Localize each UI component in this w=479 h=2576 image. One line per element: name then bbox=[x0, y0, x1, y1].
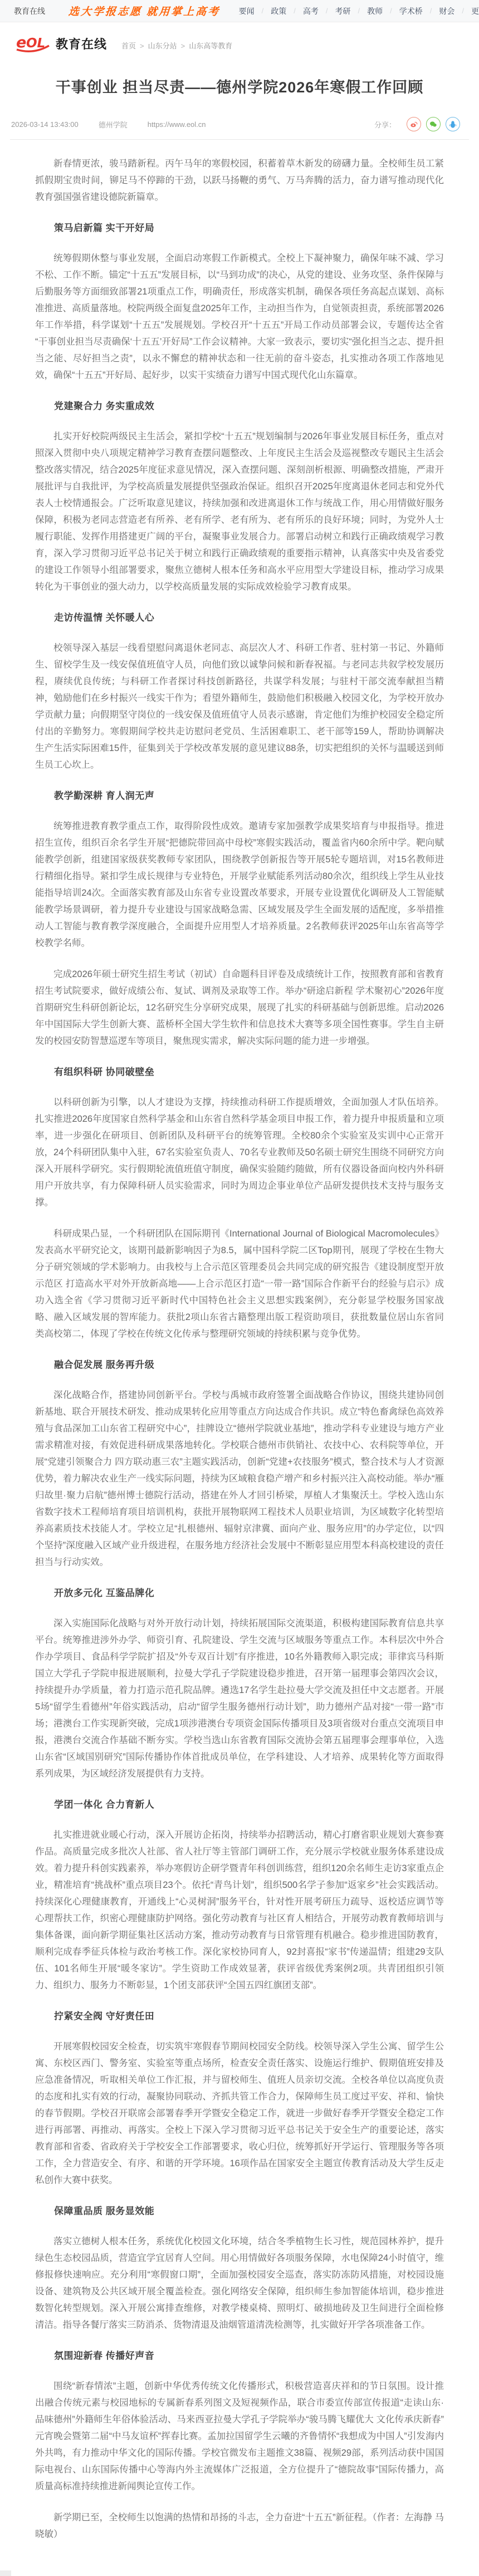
paragraph: 以科研创新为引擎，以人才建设为支撑，持续推动科研工作提质增效，全面加强人才队伍培… bbox=[35, 1094, 444, 1211]
section-heading: 学团一体化 合力育新人 bbox=[35, 1797, 444, 1813]
svg-text:e: e bbox=[16, 34, 26, 51]
paragraph: 扎实推进就业暖心行动，深入开展访企拓岗，持续举办招聘活动，精心打磨省职业规划大赛… bbox=[35, 1827, 444, 1994]
paragraph: 扎实开好校院两级民主生活会，紧扣学校“十五五”规划编制与2026年事业发展目标任… bbox=[35, 428, 444, 595]
topnav: 要闻/政策/高考/考研/教师/学术桥/财会/更多 bbox=[238, 6, 479, 17]
paragraph: 新春情更浓，骏马踏新程。丙午马年的寒假校园，积蓄着草木新发的磅礴力量。全校师生员… bbox=[35, 155, 444, 205]
article: 干事创业 担当尽责——德州学院2026年寒假工作回顾 2026-03-14 13… bbox=[0, 77, 479, 2576]
breadcrumb-item-1[interactable]: 首页 bbox=[121, 42, 136, 50]
section-heading: 拧紧安全阀 守好责任田 bbox=[35, 2008, 444, 2025]
section-heading: 策马启新篇 实干开好局 bbox=[35, 220, 444, 237]
paragraph: 校领导深入基层一线看望慰问离退休老同志、高层次人才、科研工作者、驻村第一书记、外… bbox=[35, 640, 444, 773]
nav-separator: / bbox=[430, 7, 432, 15]
paragraph: 围绕“新春情浓”主题，创新中华优秀传统文化传播形式，积极营造喜庆祥和的节日氛围。… bbox=[35, 2378, 444, 2495]
nav-separator: / bbox=[358, 7, 360, 15]
wechat-share-icon[interactable] bbox=[426, 117, 441, 131]
footer-strip bbox=[0, 2570, 11, 2576]
article-source: 德州学院 bbox=[99, 119, 128, 130]
paragraph: 统筹假期休整与事业发展，全面启动寒假工作新模式。全校上下凝神聚力，确保年味不减、… bbox=[35, 250, 444, 384]
section-heading: 有组织科研 协同破壁垒 bbox=[35, 1064, 444, 1081]
topnav-item-5[interactable]: 教师 bbox=[366, 6, 384, 17]
breadcrumb-separator: > bbox=[181, 42, 185, 50]
topnav-item-6[interactable]: 学术桥 bbox=[398, 6, 424, 17]
section-heading: 融合促发展 服务再升级 bbox=[35, 1357, 444, 1373]
article-meta: 2026-03-14 13:43:00 德州学院 https://www.eol… bbox=[10, 115, 469, 139]
paragraph: 完成2026年硕士研究生招生考试（初试）自命题科目评卷及成绩统计工作，按照教育部… bbox=[35, 966, 444, 1049]
paragraph: 统筹推进教育教学重点工作，取得阶段性成效。邀请专家加强教学成果奖培育与申报指导。… bbox=[35, 818, 444, 951]
breadcrumb-separator: > bbox=[140, 42, 144, 50]
nav-separator: / bbox=[294, 7, 296, 15]
page: { "topbar": { "brand": "教育在线", "slogan":… bbox=[0, 0, 479, 2576]
topnav-item-8[interactable]: 更多 bbox=[470, 6, 479, 17]
article-body: 新春情更浓，骏马踏新程。丙午马年的寒假校园，积蓄着草木新发的磅礴力量。全校师生员… bbox=[10, 140, 469, 2576]
paragraph: 开展寒假校园安全检查，切实筑牢寒假春节期间校园安全防线。校领导深入学生公寓、留学… bbox=[35, 2038, 444, 2189]
eol-logo[interactable]: e OL bbox=[16, 33, 51, 53]
section-heading: 开放多元化 互鉴品牌化 bbox=[35, 1585, 444, 1602]
nav-separator: / bbox=[326, 7, 328, 15]
weibo-share-icon[interactable] bbox=[407, 117, 421, 131]
share-bar: 分享： bbox=[374, 117, 468, 131]
site-name[interactable]: 教育在线 bbox=[56, 35, 107, 52]
breadcrumb: 首页>山东分站>山东高等教育 bbox=[121, 40, 232, 51]
paragraph: 落实立德树人根本任务，系统优化校园文化环境，结合冬季植物生长习性，规范园林养护，… bbox=[35, 2233, 444, 2333]
paragraph: 深入实施国际化战略与对外开放行动计划，持续拓展国际交流渠道，积极构建国际教育信息… bbox=[35, 1615, 444, 1782]
paragraph: 科研成果凸显，一个科研团队在国际期刊《International Journal… bbox=[35, 1225, 444, 1342]
qq-share-icon[interactable] bbox=[446, 117, 460, 131]
paragraph: 深化战略合作，搭建协同创新平台。学校与禹城市政府签署全面战略合作协议，围绕共建协… bbox=[35, 1387, 444, 1571]
topnav-item-4[interactable]: 考研 bbox=[334, 6, 352, 17]
topnav-item-1[interactable]: 要闻 bbox=[238, 6, 256, 17]
nav-separator: / bbox=[462, 7, 464, 15]
page-title: 干事创业 担当尽责——德州学院2026年寒假工作回顾 bbox=[32, 77, 447, 98]
nav-separator: / bbox=[390, 7, 392, 15]
breadcrumb-item-3[interactable]: 山东高等教育 bbox=[189, 42, 232, 50]
section-heading: 教学勤深耕 育人润无声 bbox=[35, 788, 444, 804]
nav-separator: / bbox=[262, 7, 264, 15]
section-heading: 氛围迎新春 传播好声音 bbox=[35, 2348, 444, 2364]
topnav-item-7[interactable]: 财会 bbox=[438, 6, 456, 17]
topnav-item-2[interactable]: 政策 bbox=[270, 6, 287, 17]
publish-date: 2026-03-14 13:43:00 bbox=[11, 120, 79, 129]
site-header: e OL 教育在线 首页>山东分站>山东高等教育 bbox=[0, 22, 479, 62]
breadcrumb-item-2[interactable]: 山东分站 bbox=[148, 42, 177, 50]
topnav-item-3[interactable]: 高考 bbox=[302, 6, 320, 17]
topbar-slogan[interactable]: 选大学报志愿 就用掌上高考 bbox=[68, 3, 221, 18]
topbar: 教育在线 选大学报志愿 就用掌上高考 要闻/政策/高考/考研/教师/学术桥/财会… bbox=[0, 0, 479, 22]
section-heading: 走访传温情 关怀暖人心 bbox=[35, 610, 444, 626]
share-label: 分享： bbox=[374, 119, 396, 130]
section-heading: 保障重品质 服务显效能 bbox=[35, 2203, 444, 2220]
topbar-brand[interactable]: 教育在线 bbox=[14, 6, 45, 17]
paragraph: 新学期已至，全校师生以饱满的热情和昂扬的斗志，全力奋进“十五五”新征程。（作者：… bbox=[35, 2509, 444, 2543]
source-url: https://www.eol.cn bbox=[148, 120, 206, 129]
section-heading: 党建聚合力 务实重成效 bbox=[35, 398, 444, 415]
